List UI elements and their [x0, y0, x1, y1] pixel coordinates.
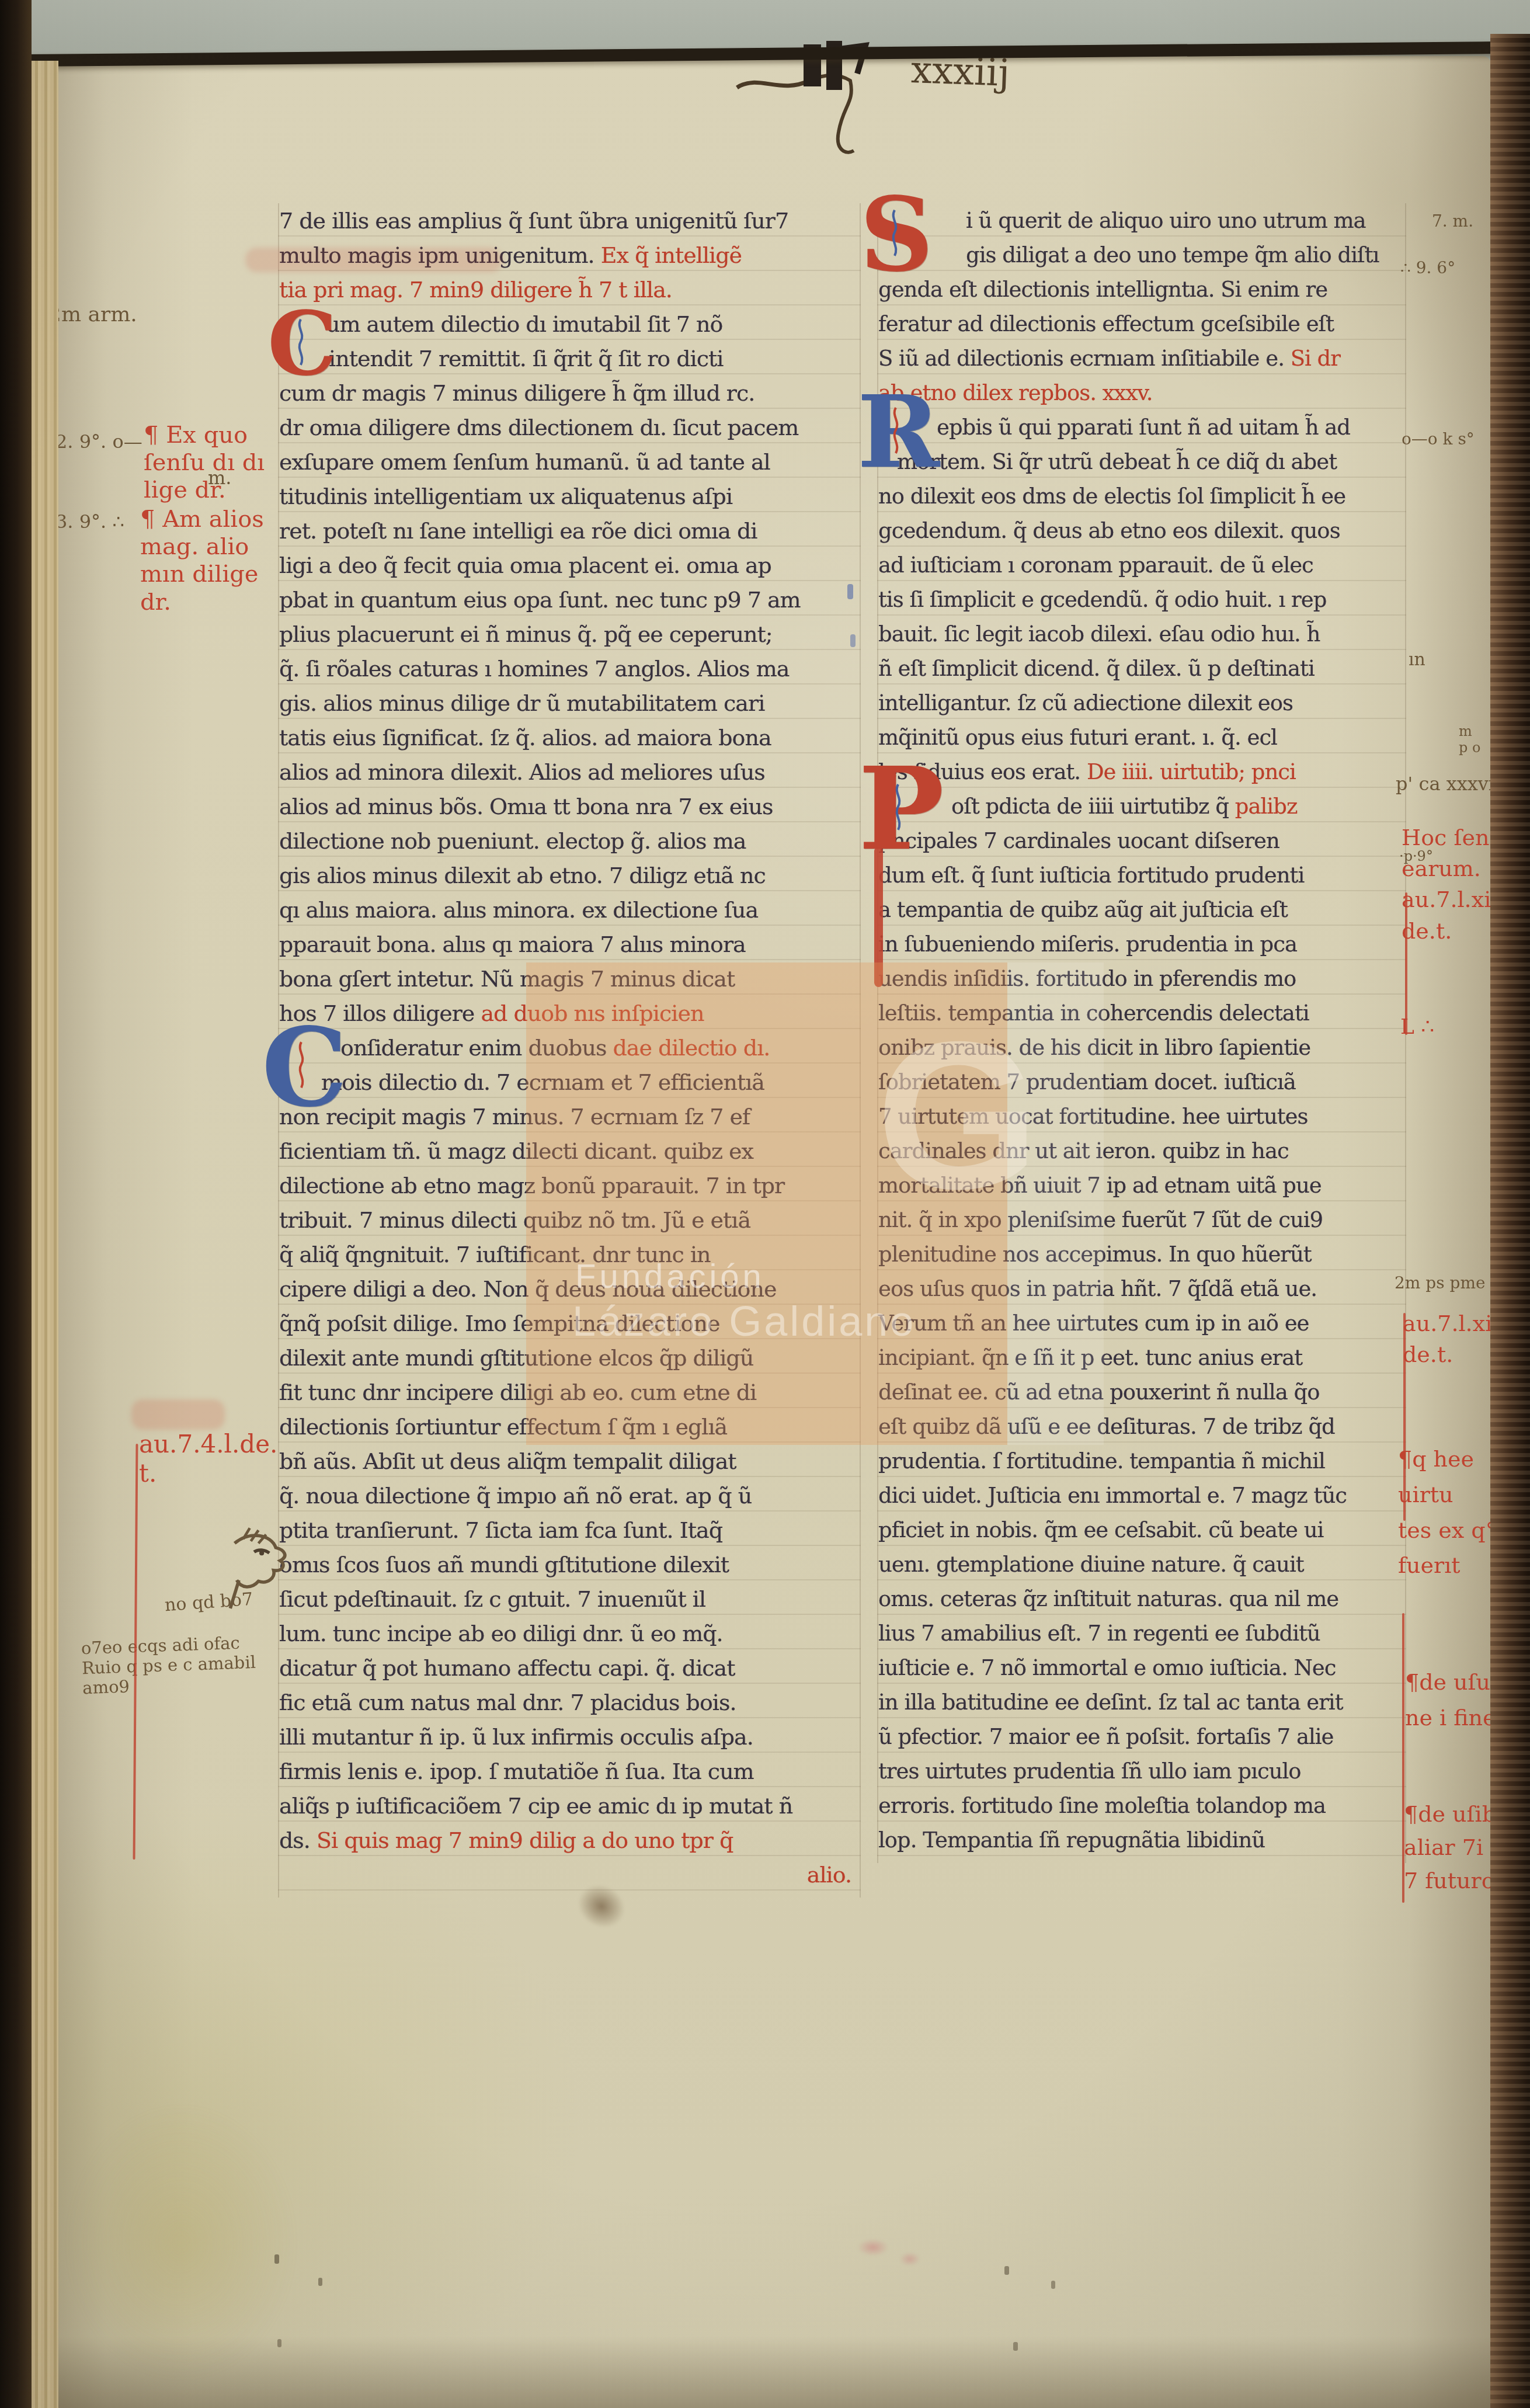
margin-note: ·p·9°	[1399, 848, 1433, 864]
text-line: tres uirtutes prudentia ſñ ullo iam pıcu…	[878, 1754, 1405, 1788]
text-line: ficientiam tñ. ũ magz dilecti dicant. qu…	[279, 1134, 860, 1168]
illuminated-initial-S: S	[860, 188, 933, 282]
text-line: non recipit magis 7 minus. 7 ecrnıam ſz …	[279, 1099, 860, 1134]
text-line: uendis inſidiis. fortitudo in pferendis …	[878, 961, 1405, 996]
text-line: bona gſert intetur. Nũ magis 7 minus dic…	[279, 961, 860, 996]
filigree-icon	[294, 1029, 308, 1107]
text-line: no dilexit eos dms de electis ſol ſimpli…	[878, 479, 1405, 513]
text-line: erroris. fortitudo ſine moleſtia tolando…	[878, 1788, 1405, 1823]
margin-note: 2. 9°. o—	[55, 431, 142, 453]
text-line: fic etıã cum natus mal dnr. 7 placidus b…	[279, 1685, 860, 1719]
text-line: Verum tñ an hee uirtutes cum ip in aıõ e…	[878, 1306, 1405, 1340]
text-line: ñ eſt ſimplicit dicend. q̃ dilex. ũ p de…	[878, 651, 1405, 686]
text-line: i ũ querit de aliquo uiro uno utrum ma	[878, 203, 1405, 238]
text-line: aliq̃s p iuſtificaciõem 7 cip ee amic dı…	[279, 1788, 860, 1823]
text-line: alios ad minus bõs. Omıa tt bona nra 7 e…	[279, 789, 860, 823]
text-line: titudinis intelligentiam ux aliquatenus …	[279, 479, 860, 513]
text-line: um autem dilectio dı imutabil ſit 7 nõ	[279, 307, 860, 341]
text-line: feratur ad dilectionis effectum gceſsibi…	[878, 307, 1405, 341]
text-line: les fiduius eos erat. De iiii. uirtutib;…	[878, 755, 1405, 789]
text-line: pparauit bona. alııs qı maiora 7 alııs m…	[279, 927, 860, 961]
text-line: genda eſt dilectionis intelligntıa. Si e…	[878, 272, 1405, 307]
text-line: dilectione ab etno magz bonũ pparauit. 7…	[279, 1168, 860, 1203]
text-line: nit. q̃ in xpo pleniſsime fuerũt 7 ſũt d…	[878, 1203, 1405, 1237]
profile-face-doodle	[217, 1526, 293, 1615]
book-fore-edge	[1490, 34, 1530, 2408]
text-line: ũ pfectior. 7 maior ee ñ poſsit. fortaſi…	[878, 1719, 1405, 1754]
text-line: S iũ ad dilectionis ecrnıam inſitiabile …	[878, 341, 1405, 376]
text-line: cardinales dnr ut ait ieron. quibz in ha…	[878, 1134, 1405, 1168]
text-line: lop. Tempantia ſñ repugnãtia libidinũ	[878, 1823, 1405, 1857]
text-line: a tempantia de quibz aũg ait juſticia eſ…	[878, 892, 1405, 927]
text-line: tribuit. 7 minus dilecti quibz nõ tm. Jũ…	[279, 1203, 860, 1237]
margin-note: p' ca xxxviij	[1396, 773, 1506, 795]
text-line: uenı. gtemplatione diuine nature. q̃ cau…	[878, 1547, 1405, 1582]
illuminated-initial-R: R	[857, 387, 940, 478]
text-line: omıs ſcos ſuos añ mundi gſtitutione dile…	[279, 1547, 860, 1582]
text-line: in illa batitudine ee deſint. ſz tal ac …	[878, 1685, 1405, 1719]
text-line: dum eſt. q̃ ſunt iuſticia fortitudo prud…	[878, 858, 1405, 892]
text-line: deſinat ee. cũ ad etna pouxerint ñ nulla…	[878, 1375, 1405, 1409]
text-line: lius 7 amabilius eſt. 7 in regenti ee ſu…	[878, 1616, 1405, 1650]
text-line: leſtiis. tempantia in cohercendis delect…	[878, 996, 1405, 1030]
text-line: dicatur q̃ pot humano affectu capi. q̃. …	[279, 1650, 860, 1685]
margin-note: 3. 9°. ∴	[55, 511, 124, 533]
text-line: ptita tranſierunt. 7 ſicta iam fca ſunt.…	[279, 1513, 860, 1547]
margin-note: 2m arm.	[48, 303, 137, 327]
text-line: 7 de illis eas amplius q̃ ſunt ũbra unig…	[279, 203, 860, 238]
text-line: 7 uirtutem uocat fortitudine. hee uirtut…	[878, 1099, 1405, 1134]
filigree-icon	[294, 314, 308, 377]
text-line: in ſubueniendo miſeris. prudentia in pca	[878, 927, 1405, 961]
text-line: mortem. Si q̃r utrũ debeat h̃ ce diq̃ dı…	[878, 444, 1405, 479]
text-line: alios ad minora dilexit. Alios ad melior…	[279, 755, 860, 789]
text-column-right: i ũ querit de aliquo uiro uno utrum magi…	[877, 203, 1406, 1863]
margin-rule-red	[1402, 1613, 1404, 1903]
text-line: illi mutantur ñ ip. ũ lux infirmis occul…	[279, 1719, 860, 1754]
margin-note: m p o	[1459, 723, 1480, 756]
text-line: dici uidet. Juſticia enı immortal e. 7 m…	[878, 1478, 1405, 1513]
margin-note: ın	[1409, 649, 1425, 670]
text-line: ds. Si quis mag 7 min9 dilig a do uno tp…	[279, 1823, 860, 1857]
text-line: pbat in quantum eius opa ſunt. nec tunc …	[279, 582, 860, 617]
text-line: prudentia. ſ fortitudine. tempantia ñ mi…	[878, 1444, 1405, 1478]
filigree-icon	[889, 398, 903, 469]
margin-note: ¶ Ex quo ſenſu dı dı lige dr.	[144, 422, 265, 505]
text-line: cipere diligi a deo. Non q̃ deus noua di…	[279, 1271, 860, 1306]
text-line: mois dilectio dı. 7 ecrnıam et 7 efficie…	[279, 1065, 860, 1099]
text-line: tatis eius ſignificat. ſz q̃. alios. ad …	[279, 720, 860, 755]
text-line: ret. poteſt nı ſane intelligi ea rõe dic…	[279, 513, 860, 548]
text-line: fit tunc dnr incipere diligi ab eo. cum …	[279, 1375, 860, 1409]
text-line: dilectione nob pueniunt. electop g̃. ali…	[279, 823, 860, 858]
text-line: bñ aũs. Abſit ut deus aliq̃m tempalit di…	[279, 1444, 860, 1478]
illuminated-initial-C-red: C	[267, 304, 337, 384]
text-line: gcedendum. q̃ deus ab etno eos dilexit. …	[878, 513, 1405, 548]
text-line: incipiant. q̃n e ſñ it p eet. tunc anius…	[878, 1340, 1405, 1375]
text-line: dilectionis ſortiuntur effectum ſ q̃m ı …	[279, 1409, 860, 1444]
text-line: tis ſi ſimplicit e gcedendũ. q̃ odio hui…	[878, 582, 1405, 617]
text-line: intendit 7 remittit. ſi q̃rit q̃ ſit ro …	[279, 341, 860, 376]
margin-rule-red	[1405, 892, 1407, 1035]
margin-note: o7eo ecqs adi ofac Ruio q ps e c amabil …	[81, 1632, 256, 1698]
filigree-icon	[891, 769, 905, 851]
text-line: lum. tunc incipe ab eo diligi dnr. ũ eo …	[279, 1616, 860, 1650]
flourish-icon	[735, 18, 933, 164]
text-line: onſideratur enim duobus dae dilectio dı.	[279, 1030, 860, 1065]
illuminated-initial-P: P	[858, 756, 944, 861]
illuminated-initial-C-blue: C	[262, 1017, 347, 1117]
page-edges-left	[32, 61, 58, 2408]
text-line: gis alios minus dilexit ab etno. 7 dilig…	[279, 858, 860, 892]
text-line: iuſticie e. 7 nõ immortal e omıo iuſtici…	[878, 1650, 1405, 1685]
text-line: epbis ũ qui pparati ſunt ñ ad uitam h̃ a…	[878, 410, 1405, 444]
text-line: multo magis ipm unigenitum. Ex q̃ intell…	[279, 238, 860, 272]
text-line: ad iuſticiam ı coronam pparauit. de ũ el…	[878, 548, 1405, 582]
margin-note: 7. m.	[1432, 211, 1473, 231]
margin-note: 2m ps pme	[1395, 1273, 1486, 1292]
book-binding	[0, 0, 32, 2408]
text-line: alio.	[279, 1857, 860, 1892]
text-line: gis diligat a deo uno tempe q̃m alio diſ…	[878, 238, 1405, 272]
manuscript-photo: xxxiij 7 de illis eas amplius q̃ ſunt ũb…	[0, 0, 1530, 2408]
text-line: bauit. ſic legit iacob dilexi. eſau odio…	[878, 617, 1405, 651]
text-line: eos uſus quos in patria hñt. 7 q̃ſdã etı…	[878, 1271, 1405, 1306]
text-line: q̃nq̃ poſsit dilige. Imo ſempitna dilect…	[279, 1306, 860, 1340]
text-line: ſicut pdeſtinauit. ſz c gıtuit. 7 inuenı…	[279, 1582, 860, 1616]
text-line: omıs. ceteras q̃z inſtituit naturas. qua…	[878, 1582, 1405, 1616]
text-line: intelligantur. ſz cũ adiectione dilexit …	[878, 686, 1405, 720]
text-line: pncipales 7 cardinales uocant diſseren	[878, 823, 1405, 858]
margin-note: ¶ Am alios mag. alio mın dilige dr.	[140, 506, 264, 616]
text-line: mortalitate bñ uiuit 7 ip ad etnam uitã …	[878, 1168, 1405, 1203]
margin-note: o—o k s°	[1402, 429, 1475, 449]
bottom-shadow	[30, 2336, 1491, 2408]
text-line: hos 7 illos diligere ad duob nıs inſpici…	[279, 996, 860, 1030]
text-line: plenitudine nos accepimus. In quo hũerũt	[878, 1237, 1405, 1271]
initial-p-descender	[874, 847, 883, 987]
text-line: qı alııs maiora. alııs minora. ex dilect…	[279, 892, 860, 927]
text-line: pficiet in nobis. q̃m ee ceſsabit. cũ be…	[878, 1513, 1405, 1547]
filigree-icon	[888, 199, 902, 273]
text-line: ab etno dilex repbos. xxxv.	[878, 376, 1405, 410]
face-doodle-icon	[217, 1526, 293, 1613]
text-line: q̃. noua dilectione q̃ impıo añ nõ erat.…	[279, 1478, 860, 1513]
margin-rule-red	[1403, 1313, 1406, 1521]
text-line: tia pri mag. 7 min9 diligere h̃ 7 t illa…	[279, 272, 860, 307]
text-line: ſobrietatem 7 prudentiam docet. iuſticıã	[878, 1065, 1405, 1099]
text-line: mq̃initũ opus eius futuri erant. ı. q̃. …	[878, 720, 1405, 755]
text-column-left: 7 de illis eas amplius q̃ ſunt ũbra unig…	[278, 203, 861, 1898]
text-line: gis. alios minus dilige dr ũ mutabilitat…	[279, 686, 860, 720]
text-line: q̃. ſi rõales caturas ı homines 7 anglos…	[279, 651, 860, 686]
text-line: ligi a deo q̃ fecit quia omıa placent ei…	[279, 548, 860, 582]
scribal-flourish-mark	[735, 18, 933, 164]
text-line: exſupare omem ſenſum humanũ. ũ ad tante …	[279, 444, 860, 479]
text-line: plius placuerunt ei ñ minus q̃. pq̃ ee c…	[279, 617, 860, 651]
text-line: dr omıa diligere dms dilectionem dı. ſic…	[279, 410, 860, 444]
margin-note: ∴ 9. 6°	[1400, 258, 1455, 277]
text-line: firmis lenis e. ipop. ſ mutatiõe ñ ſua. …	[279, 1754, 860, 1788]
text-line: onibz prauis. de his dicit in libro ſapi…	[878, 1030, 1405, 1065]
text-line: dilexit ante mundi gſtitutione elcos q̃p…	[279, 1340, 860, 1375]
text-line: q̃ aliq̃ q̃ngnituit. 7 iuſtificant. dnr …	[279, 1237, 860, 1271]
margin-note: au.7.4.l.de. t.	[139, 1430, 277, 1488]
text-line: eſt quibz dã uſũ e ee deſituras. 7 de tr…	[878, 1409, 1405, 1444]
text-line: oſt pdicta de iiii uirtutibz q̃ palibz	[878, 789, 1405, 823]
margin-note: m.	[208, 467, 232, 489]
text-line: cum dr magis 7 minus diligere h̃ q̃m ill…	[279, 376, 860, 410]
